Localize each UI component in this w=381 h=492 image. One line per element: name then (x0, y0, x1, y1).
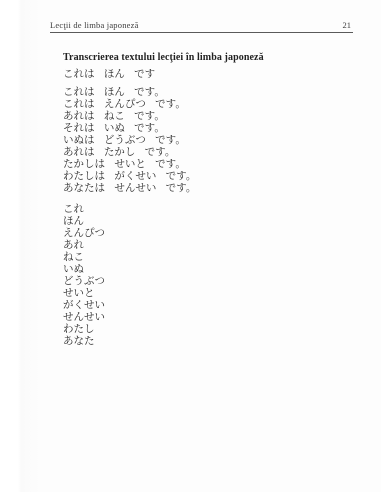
vocabulary-word: せんせい (63, 311, 361, 323)
sentence-line: あなたは せんせい です。 (63, 182, 361, 194)
page-number: 21 (343, 20, 354, 30)
sentence-list: これは ほん です。 これは えんぴつ です。 あれは ねこ です。 それは い… (63, 86, 361, 194)
vocabulary-word: いぬ (63, 263, 361, 275)
vocabulary-word: あなた (63, 335, 361, 347)
vocabulary-word: ほん (63, 215, 361, 227)
sentence-line: たかしは せいと です。 (63, 158, 361, 170)
vocabulary-list: これ ほん えんぴつ あれ ねこ いぬ どうぶつ せいと がくせい せんせい わ… (63, 203, 361, 347)
sentence-line: わたしは がくせい です。 (63, 170, 361, 182)
sentence-line: いぬは どうぶつ です。 (63, 134, 361, 146)
vocabulary-word: ねこ (63, 251, 361, 263)
page-content: Transcrierea textului lecţiei în limba j… (63, 52, 361, 347)
page-header: Lecţii de limba japoneză 21 (50, 20, 353, 33)
section-title: Transcrierea textului lecţiei în limba j… (63, 52, 361, 63)
vocabulary-word: わたし (63, 323, 361, 335)
vocabulary-word: せいと (63, 287, 361, 299)
sentence-line: あれは ねこ です。 (63, 110, 361, 122)
running-title: Lecţii de limba japoneză (50, 20, 139, 30)
intro-sentence: これは ほん です (63, 68, 361, 80)
vocabulary-word: これ (63, 203, 361, 215)
sentence-line: それは いぬ です。 (63, 122, 361, 134)
scanned-book-page: Lecţii de limba japoneză 21 Transcrierea… (0, 0, 381, 492)
sentence-line: これは えんぴつ です。 (63, 98, 361, 110)
sentence-line: あれは たかし です。 (63, 146, 361, 158)
vocabulary-word: どうぶつ (63, 275, 361, 287)
sentence-line: これは ほん です。 (63, 86, 361, 98)
vocabulary-word: あれ (63, 239, 361, 251)
vocabulary-word: えんぴつ (63, 227, 361, 239)
vocabulary-word: がくせい (63, 299, 361, 311)
